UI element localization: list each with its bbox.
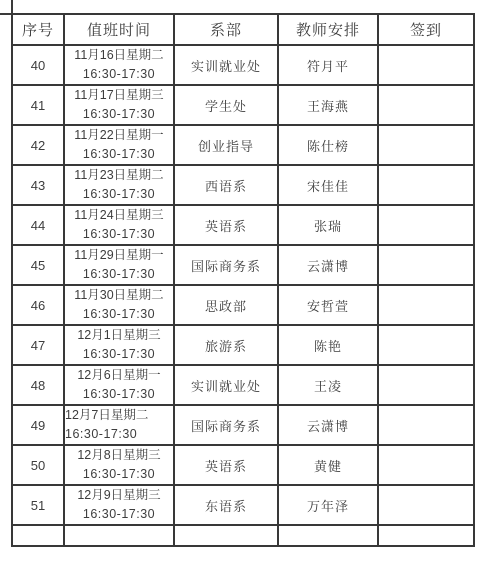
duty-date: 11月24日星期三: [65, 206, 173, 225]
row-number-cell: 49: [12, 405, 64, 445]
table-row: 4511月29日星期一16:30-17:30国际商务系云潇博: [12, 245, 474, 285]
department-cell: 英语系: [174, 205, 278, 245]
duty-date: 11月30日星期二: [65, 286, 173, 305]
row-number-cell: 48: [12, 365, 64, 405]
sign-in-cell: [378, 405, 474, 445]
row-number-cell: 51: [12, 485, 64, 525]
duty-hours: 16:30-17:30: [65, 105, 173, 124]
table-row: 4912月7日星期二16:30-17:30国际商务系云潇博: [12, 405, 474, 445]
sign-in-cell: [378, 445, 474, 485]
duty-date: 12月9日星期三: [65, 486, 173, 505]
department-cell: 创业指导: [174, 125, 278, 165]
duty-time-cell: 12月1日星期三16:30-17:30: [64, 325, 174, 365]
duty-date: 11月17日星期三: [65, 86, 173, 105]
duty-time-cell: 12月6日星期一16:30-17:30: [64, 365, 174, 405]
sign-in-cell: [378, 285, 474, 325]
table-row: 4812月6日星期一16:30-17:30实训就业处王凌: [12, 365, 474, 405]
table-row: 4011月16日星期二16:30-17:30实训就业处符月平: [12, 45, 474, 85]
duty-date: 12月6日星期一: [65, 366, 173, 385]
duty-date: 11月29日星期一: [65, 246, 173, 265]
empty-cell: [278, 525, 378, 546]
table-row: 4311月23日星期二16:30-17:30西语系宋佳佳: [12, 165, 474, 205]
duty-hours: 16:30-17:30: [65, 265, 173, 284]
duty-time-cell: 11月17日星期三16:30-17:30: [64, 85, 174, 125]
duty-date: 12月8日星期三: [65, 446, 173, 465]
empty-row: [12, 525, 474, 546]
row-number-cell: 45: [12, 245, 64, 285]
sign-in-cell: [378, 45, 474, 85]
row-number-cell: 43: [12, 165, 64, 205]
empty-cell: [64, 525, 174, 546]
row-number-cell: 44: [12, 205, 64, 245]
department-cell: 西语系: [174, 165, 278, 205]
table-row: 4411月24日星期三16:30-17:30英语系张瑞: [12, 205, 474, 245]
row-number-cell: 50: [12, 445, 64, 485]
teacher-cell: 王海燕: [278, 85, 378, 125]
teacher-cell: 符月平: [278, 45, 378, 85]
duty-hours: 16:30-17:30: [65, 425, 173, 444]
sign-in-cell: [378, 245, 474, 285]
sign-in-cell: [378, 85, 474, 125]
header-serial-number: 序号: [12, 14, 64, 45]
table-header-row: 序号 值班时间 系部 教师安排 签到: [12, 14, 474, 45]
duty-date: 12月7日星期二: [65, 406, 173, 425]
department-cell: 东语系: [174, 485, 278, 525]
left-border-stub: [11, 0, 13, 14]
header-duty-time: 值班时间: [64, 14, 174, 45]
teacher-cell: 陈仕榜: [278, 125, 378, 165]
sign-in-cell: [378, 365, 474, 405]
teacher-cell: 安哲萱: [278, 285, 378, 325]
table-row: 5112月9日星期三16:30-17:30东语系万年泽: [12, 485, 474, 525]
department-cell: 实训就业处: [174, 365, 278, 405]
teacher-cell: 王凌: [278, 365, 378, 405]
duty-hours: 16:30-17:30: [65, 505, 173, 524]
header-department: 系部: [174, 14, 278, 45]
row-number-cell: 41: [12, 85, 64, 125]
row-number-cell: 42: [12, 125, 64, 165]
department-cell: 旅游系: [174, 325, 278, 365]
duty-date: 11月16日星期二: [65, 46, 173, 65]
empty-cell: [174, 525, 278, 546]
department-cell: 实训就业处: [174, 45, 278, 85]
row-number-cell: 47: [12, 325, 64, 365]
department-cell: 学生处: [174, 85, 278, 125]
teacher-cell: 张瑞: [278, 205, 378, 245]
teacher-cell: 陈艳: [278, 325, 378, 365]
duty-hours: 16:30-17:30: [65, 305, 173, 324]
duty-hours: 16:30-17:30: [65, 345, 173, 364]
sign-in-cell: [378, 205, 474, 245]
duty-date: 11月23日星期二: [65, 166, 173, 185]
row-number-cell: 46: [12, 285, 64, 325]
teacher-cell: 云潇博: [278, 245, 378, 285]
duty-hours: 16:30-17:30: [65, 225, 173, 244]
department-cell: 英语系: [174, 445, 278, 485]
duty-date: 11月22日星期一: [65, 126, 173, 145]
duty-time-cell: 11月22日星期一16:30-17:30: [64, 125, 174, 165]
department-cell: 国际商务系: [174, 405, 278, 445]
sign-in-cell: [378, 325, 474, 365]
duty-time-cell: 11月30日星期二16:30-17:30: [64, 285, 174, 325]
department-cell: 思政部: [174, 285, 278, 325]
duty-hours: 16:30-17:30: [65, 185, 173, 204]
table-row: 4712月1日星期三16:30-17:30旅游系陈艳: [12, 325, 474, 365]
header-sign-in: 签到: [378, 14, 474, 45]
sign-in-cell: [378, 165, 474, 205]
table-row: 4611月30日星期二16:30-17:30思政部安哲萱: [12, 285, 474, 325]
duty-hours: 16:30-17:30: [65, 465, 173, 484]
duty-time-cell: 11月29日星期一16:30-17:30: [64, 245, 174, 285]
empty-cell: [12, 525, 64, 546]
teacher-cell: 黄健: [278, 445, 378, 485]
schedule-page: 序号 值班时间 系部 教师安排 签到 4011月16日星期二16:30-17:3…: [0, 0, 491, 573]
department-cell: 国际商务系: [174, 245, 278, 285]
duty-time-cell: 11月16日星期二16:30-17:30: [64, 45, 174, 85]
row-number-cell: 40: [12, 45, 64, 85]
duty-schedule-table: 序号 值班时间 系部 教师安排 签到 4011月16日星期二16:30-17:3…: [11, 13, 475, 547]
table-row: 5012月8日星期三16:30-17:30英语系黄健: [12, 445, 474, 485]
empty-cell: [378, 525, 474, 546]
sign-in-cell: [378, 485, 474, 525]
duty-time-cell: 12月7日星期二16:30-17:30: [64, 405, 174, 445]
teacher-cell: 云潇博: [278, 405, 378, 445]
duty-hours: 16:30-17:30: [65, 385, 173, 404]
duty-time-cell: 12月8日星期三16:30-17:30: [64, 445, 174, 485]
sign-in-cell: [378, 125, 474, 165]
duty-time-cell: 12月9日星期三16:30-17:30: [64, 485, 174, 525]
table-row: 4211月22日星期一16:30-17:30创业指导陈仕榜: [12, 125, 474, 165]
duty-time-cell: 11月24日星期三16:30-17:30: [64, 205, 174, 245]
duty-time-cell: 11月23日星期二16:30-17:30: [64, 165, 174, 205]
teacher-cell: 万年泽: [278, 485, 378, 525]
duty-date: 12月1日星期三: [65, 326, 173, 345]
table-row: 4111月17日星期三16:30-17:30学生处王海燕: [12, 85, 474, 125]
duty-hours: 16:30-17:30: [65, 65, 173, 84]
header-teacher-assignment: 教师安排: [278, 14, 378, 45]
duty-hours: 16:30-17:30: [65, 145, 173, 164]
teacher-cell: 宋佳佳: [278, 165, 378, 205]
